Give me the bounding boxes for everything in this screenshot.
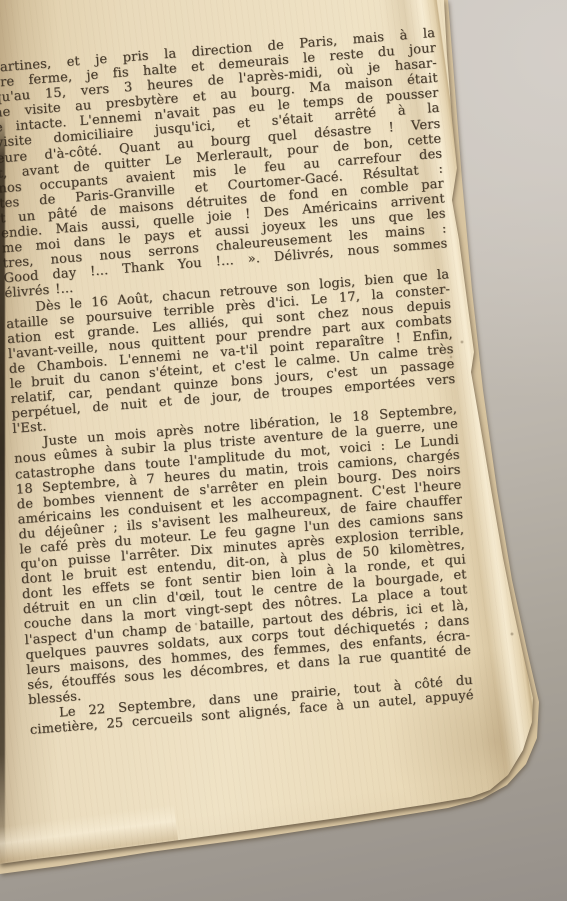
bottom-left-fold-highlight xyxy=(0,804,179,870)
scanner-background: partines, et je pris la direction de Par… xyxy=(0,0,567,901)
book-page: partines, et je pris la direction de Par… xyxy=(0,0,567,901)
gutter-shadow xyxy=(0,112,5,868)
paragraph: Juste un mois après notre libération, le… xyxy=(13,402,472,708)
paragraph: partines, et je pris la direction de Par… xyxy=(0,26,449,302)
page-text-block: partines, et je pris la direction de Par… xyxy=(0,26,474,738)
page-shadow: partines, et je pris la direction de Par… xyxy=(0,0,567,901)
